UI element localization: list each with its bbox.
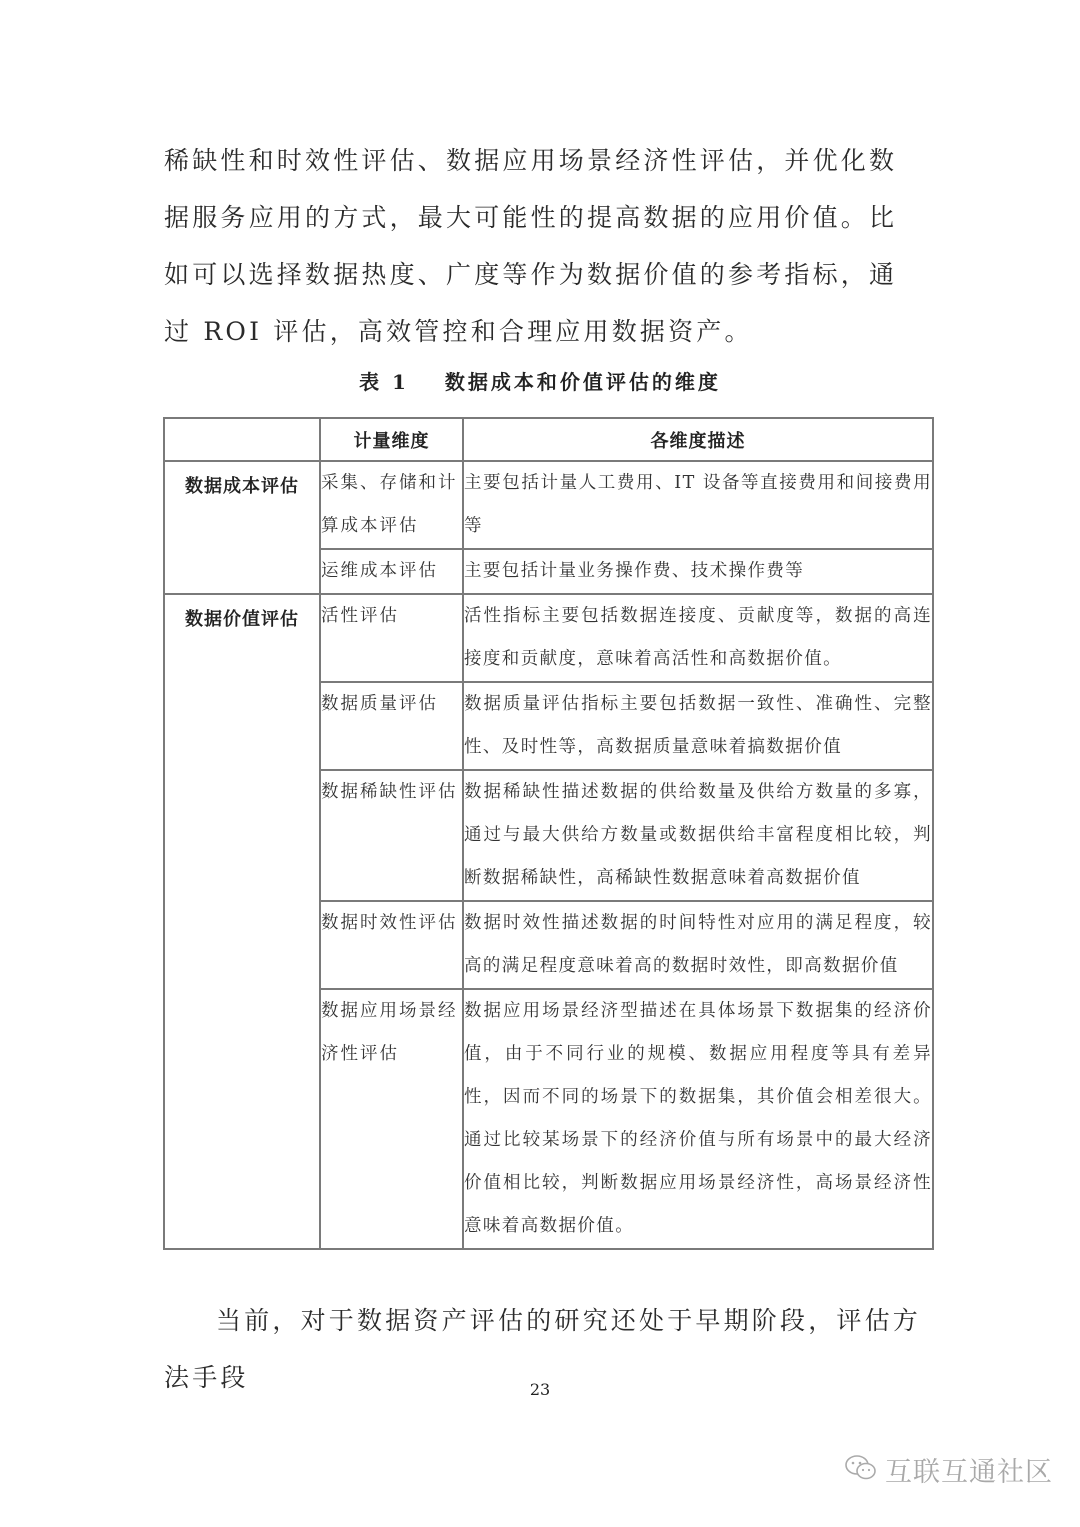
watermark: 互联互通社区 [843,1450,1053,1489]
category-cost: 数据成本评估 [164,461,320,594]
category-value: 数据价值评估 [164,594,320,1249]
dimension-cell: 采集、存储和计算成本评估 [320,461,463,549]
description-cell: 数据稀缺性描述数据的供给数量及供给方数量的多寡，通过与最大供给方数量或数据供给丰… [463,770,933,901]
table-row: 数据价值评估 活性评估 活性指标主要包括数据连接度、贡献度等，数据的高连接度和贡… [164,594,933,682]
table-caption-title: 数据成本和价值评估的维度 [445,370,721,394]
description-cell: 活性指标主要包括数据连接度、贡献度等，数据的高连接度和贡献度，意味着高活性和高数… [463,594,933,682]
header-dimension: 计量维度 [320,418,463,461]
description-cell: 数据时效性描述数据的时间特性对应用的满足程度，较高的满足程度意味着高的数据时效性… [463,901,933,989]
dimension-cell: 活性评估 [320,594,463,682]
description-cell: 数据应用场景经济型描述在具体场景下数据集的经济价值，由于不同行业的规模、数据应用… [463,989,933,1249]
page-number: 23 [0,1380,1080,1399]
dimension-cell: 数据质量评估 [320,682,463,770]
body-paragraph-top: 稀缺性和时效性评估、数据应用场景经济性评估，并优化数据服务应用的方式，最大可能性… [164,132,924,360]
dimension-cell: 数据应用场景经济性评估 [320,989,463,1249]
description-cell: 主要包括计量人工费用、IT 设备等直接费用和间接费用等 [463,461,933,549]
table-caption: 表 1 数据成本和价值评估的维度 [0,366,1080,395]
header-description: 各维度描述 [463,418,933,461]
table-header-row: 计量维度 各维度描述 [164,418,933,461]
dimension-cell: 数据时效性评估 [320,901,463,989]
header-empty [164,418,320,461]
dimension-cell: 运维成本评估 [320,549,463,594]
watermark-text: 互联互通社区 [885,1450,1053,1489]
description-cell: 数据质量评估指标主要包括数据一致性、准确性、完整性、及时性等，高数据质量意味着搞… [463,682,933,770]
dimension-cell: 数据稀缺性评估 [320,770,463,901]
description-cell: 主要包括计量业务操作费、技术操作费等 [463,549,933,594]
evaluation-dimensions-table: 计量维度 各维度描述 数据成本评估 采集、存储和计算成本评估 主要包括计量人工费… [163,417,934,1250]
wechat-icon [843,1453,879,1487]
table-row: 数据成本评估 采集、存储和计算成本评估 主要包括计量人工费用、IT 设备等直接费… [164,461,933,549]
table-caption-number: 表 1 [359,370,409,394]
